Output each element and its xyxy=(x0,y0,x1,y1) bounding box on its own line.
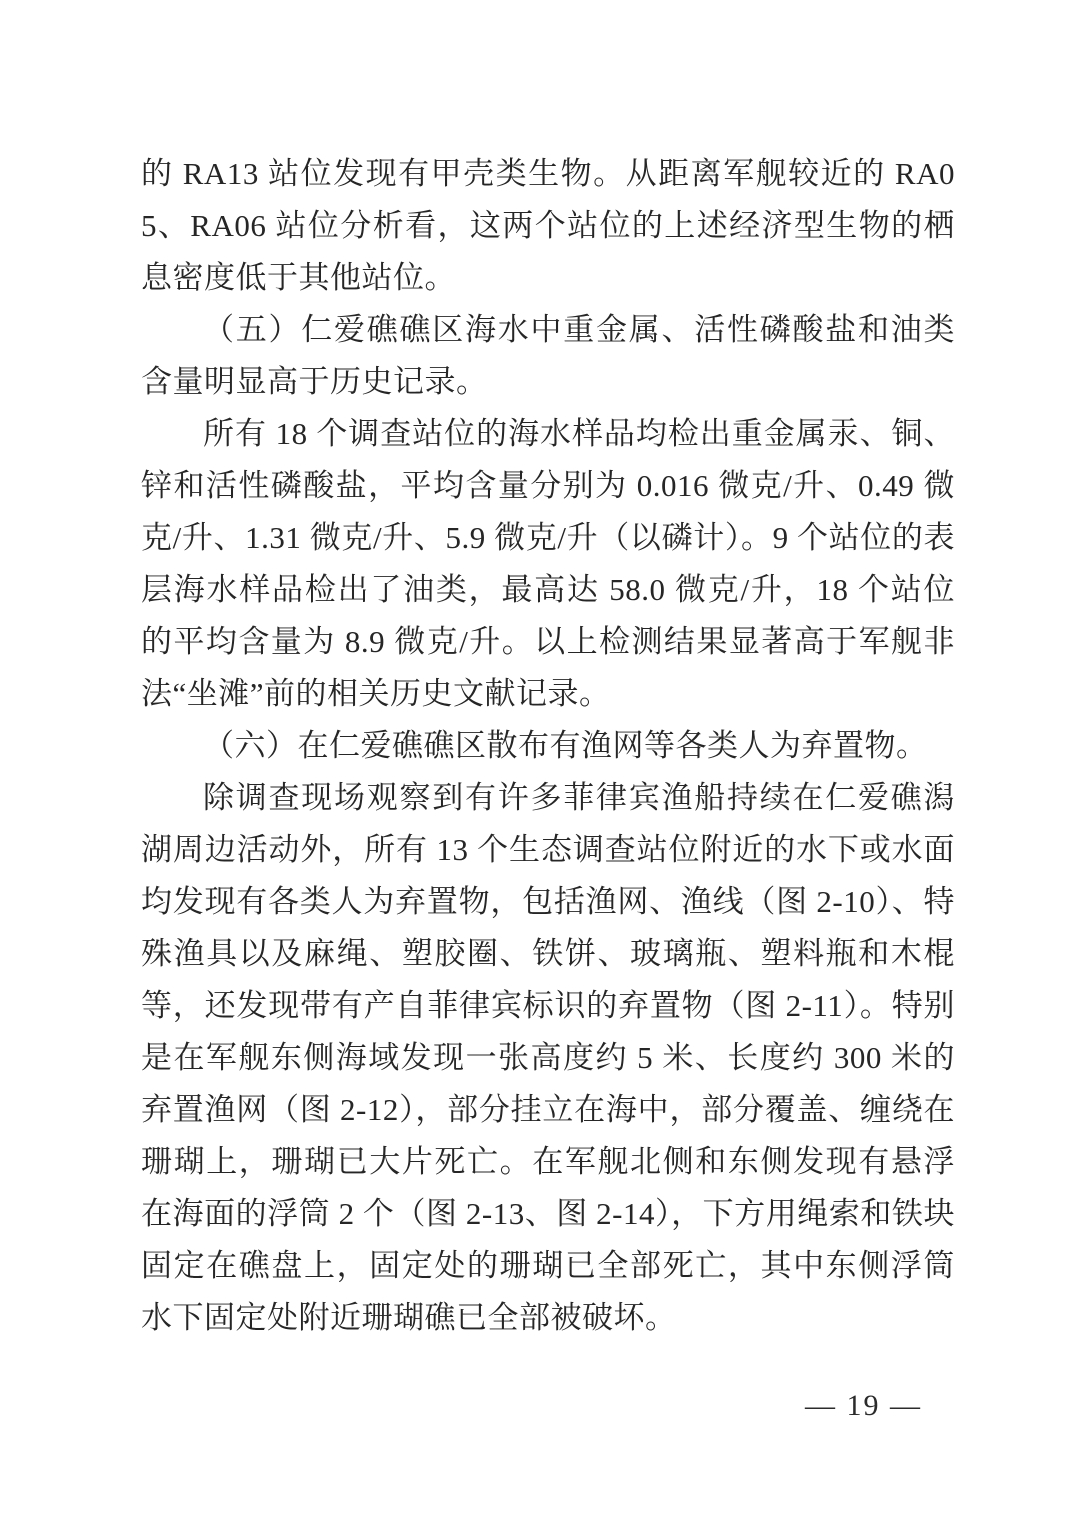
section-heading-5: （五）仁爱礁礁区海水中重金属、活性磷酸盐和油类含量明显高于历史记录。 xyxy=(141,304,955,408)
document-page: 的 RA13 站位发现有甲壳类生物。从距离军舰较近的 RA05、RA06 站位分… xyxy=(0,0,1080,1528)
page-number: — 19 — xyxy=(805,1389,922,1422)
section-heading-6: （六）在仁爱礁礁区散布有渔网等各类人为弃置物。 xyxy=(141,720,955,772)
page-footer: — 19 — xyxy=(0,1388,1080,1424)
text-block: 的 RA13 站位发现有甲壳类生物。从距离军舰较近的 RA05、RA06 站位分… xyxy=(141,148,955,1344)
body-paragraph-heavy-metals: 所有 18 个调查站位的海水样品均检出重金属汞、铜、锌和活性磷酸盐，平均含量分别… xyxy=(141,408,955,720)
continuation-paragraph: 的 RA13 站位发现有甲壳类生物。从距离军舰较近的 RA05、RA06 站位分… xyxy=(141,148,955,304)
body-paragraph-debris: 除调查现场观察到有许多菲律宾渔船持续在仁爱礁潟湖周边活动外，所有 13 个生态调… xyxy=(141,772,955,1344)
